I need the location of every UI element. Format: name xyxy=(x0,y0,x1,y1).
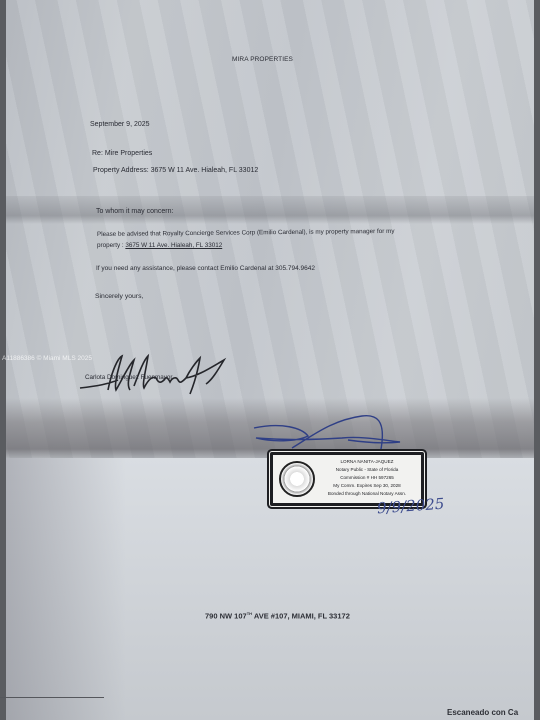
letter-date: September 9, 2025 xyxy=(90,121,150,128)
footer-address-number: 790 NW 107 xyxy=(205,612,247,621)
closing: Sincerely yours, xyxy=(95,293,143,300)
fold-shadow-upper xyxy=(6,196,534,224)
subject-line: Re: Mire Properties xyxy=(92,150,152,157)
notary-stamp-text: LORNA NANITA-JAQUEZ Notary Public - Stat… xyxy=(317,458,417,498)
notary-name: LORNA NANITA-JAQUEZ xyxy=(317,458,417,466)
salutation: To whom it may concern: xyxy=(96,208,173,215)
divider-line xyxy=(0,697,104,698)
body-line-2-prefix: property : xyxy=(97,242,125,249)
footer-address: 790 NW 107TH AVE #107, MIAMI, FL 33172 xyxy=(205,611,350,621)
letterhead: MIRA PROPERTIES xyxy=(232,56,293,63)
body-line-2: property : 3675 W 11 Ave. Hialeah, FL 33… xyxy=(97,242,222,249)
contact-line: If you need any assistance, please conta… xyxy=(96,265,315,272)
signer-name: Carlota Dominguez Fuenmayor xyxy=(85,374,173,381)
notary-title: Notary Public - State of Florida xyxy=(317,466,417,474)
notary-commission: Commission # HH 597265 xyxy=(317,474,417,482)
body-line-2-address: 3675 W 11 Ave. Hialeah, FL 33012 xyxy=(125,242,222,249)
footer-address-rest: AVE #107, MIAMI, FL 33172 xyxy=(252,612,350,621)
scanner-watermark: Escaneado con Ca xyxy=(447,708,518,717)
property-address: Property Address: 3675 W 11 Ave. Hialeah… xyxy=(93,167,258,174)
notary-expires: My Comm. Expires Sep 30, 2028 xyxy=(317,482,417,490)
notary-seal-icon xyxy=(279,461,315,497)
